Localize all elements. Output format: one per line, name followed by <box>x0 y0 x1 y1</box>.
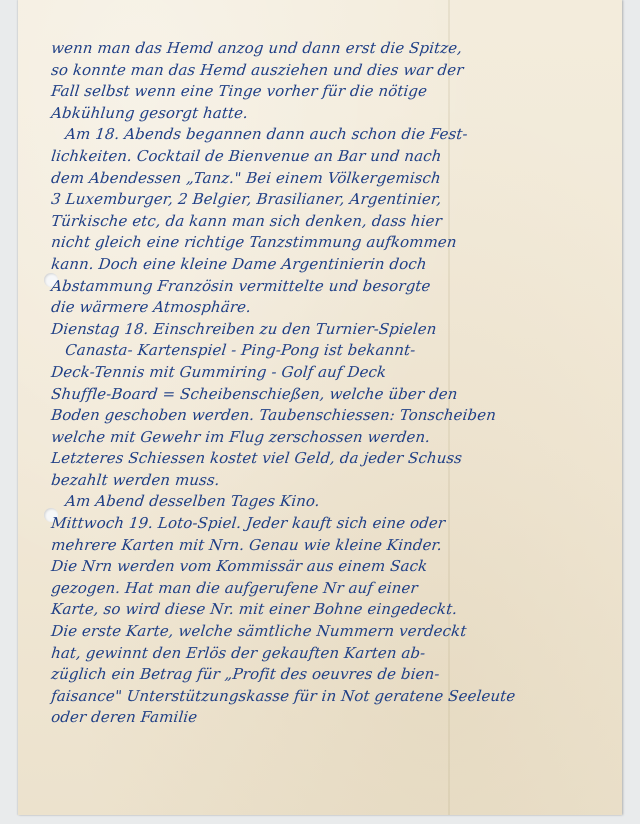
text-line: Karte, so wird diese Nr. mit einer Bohne… <box>50 599 622 621</box>
text-line: hat, gewinnt den Erlös der gekauften Kar… <box>50 643 622 665</box>
text-line: gezogen. Hat man die aufgerufene Nr auf … <box>50 578 622 600</box>
text-line: Die Nrn werden vom Kommissär aus einem S… <box>50 556 622 578</box>
text-line: dem Abendessen „Tanz." Bei einem Völkerg… <box>50 168 622 190</box>
text-line: Abstammung Französin vermittelte und bes… <box>50 276 622 298</box>
text-line: bezahlt werden muss. <box>50 470 622 492</box>
text-line: Letzteres Schiessen kostet viel Geld, da… <box>50 448 622 470</box>
text-line: Am Abend desselben Tages Kino. <box>50 491 622 513</box>
text-line: lichkeiten. Cocktail de Bienvenue an Bar… <box>50 146 622 168</box>
text-line: oder deren Familie <box>50 707 622 729</box>
text-line: faisance" Unterstützungskasse für in Not… <box>50 686 622 708</box>
text-line: Fall selbst wenn eine Tinge vorher für d… <box>50 81 622 103</box>
text-line: die wärmere Atmosphäre. <box>50 297 622 319</box>
text-line: Deck-Tennis mit Gummiring - Golf auf Dec… <box>50 362 622 384</box>
text-line: so konnte man das Hemd ausziehen und die… <box>50 60 622 82</box>
text-line: Abkühlung gesorgt hatte. <box>50 103 622 125</box>
text-line: nicht gleich eine richtige Tanzstimmung … <box>50 232 622 254</box>
text-line: Mittwoch 19. Loto-Spiel. Jeder kauft sic… <box>50 513 622 535</box>
text-line: mehrere Karten mit Nrn. Genau wie kleine… <box>50 535 622 557</box>
text-line: wenn man das Hemd anzog und dann erst di… <box>50 38 622 60</box>
letter-page: wenn man das Hemd anzog und dann erst di… <box>18 0 622 815</box>
text-line: Am 18. Abends begannen dann auch schon d… <box>50 124 622 146</box>
text-line: Türkische etc, da kann man sich denken, … <box>50 211 622 233</box>
text-line: Dienstag 18. Einschreiben zu den Turnier… <box>50 319 622 341</box>
text-line: Canasta- Kartenspiel - Ping-Pong ist bek… <box>50 340 622 362</box>
text-line: Die erste Karte, welche sämtliche Nummer… <box>50 621 622 643</box>
handwritten-text: wenn man das Hemd anzog und dann erst di… <box>50 38 622 729</box>
text-line: Shuffle-Board = Scheibenschießen, welche… <box>50 384 622 406</box>
text-line: 3 Luxemburger, 2 Belgier, Brasilianer, A… <box>50 189 622 211</box>
text-line: Boden geschoben werden. Taubenschiessen:… <box>50 405 622 427</box>
text-line: züglich ein Betrag für „Profit des oeuvr… <box>50 664 622 686</box>
scan-background: wenn man das Hemd anzog und dann erst di… <box>0 0 640 824</box>
text-line: kann. Doch eine kleine Dame Argentinieri… <box>50 254 622 276</box>
text-line: welche mit Gewehr im Flug zerschossen we… <box>50 427 622 449</box>
